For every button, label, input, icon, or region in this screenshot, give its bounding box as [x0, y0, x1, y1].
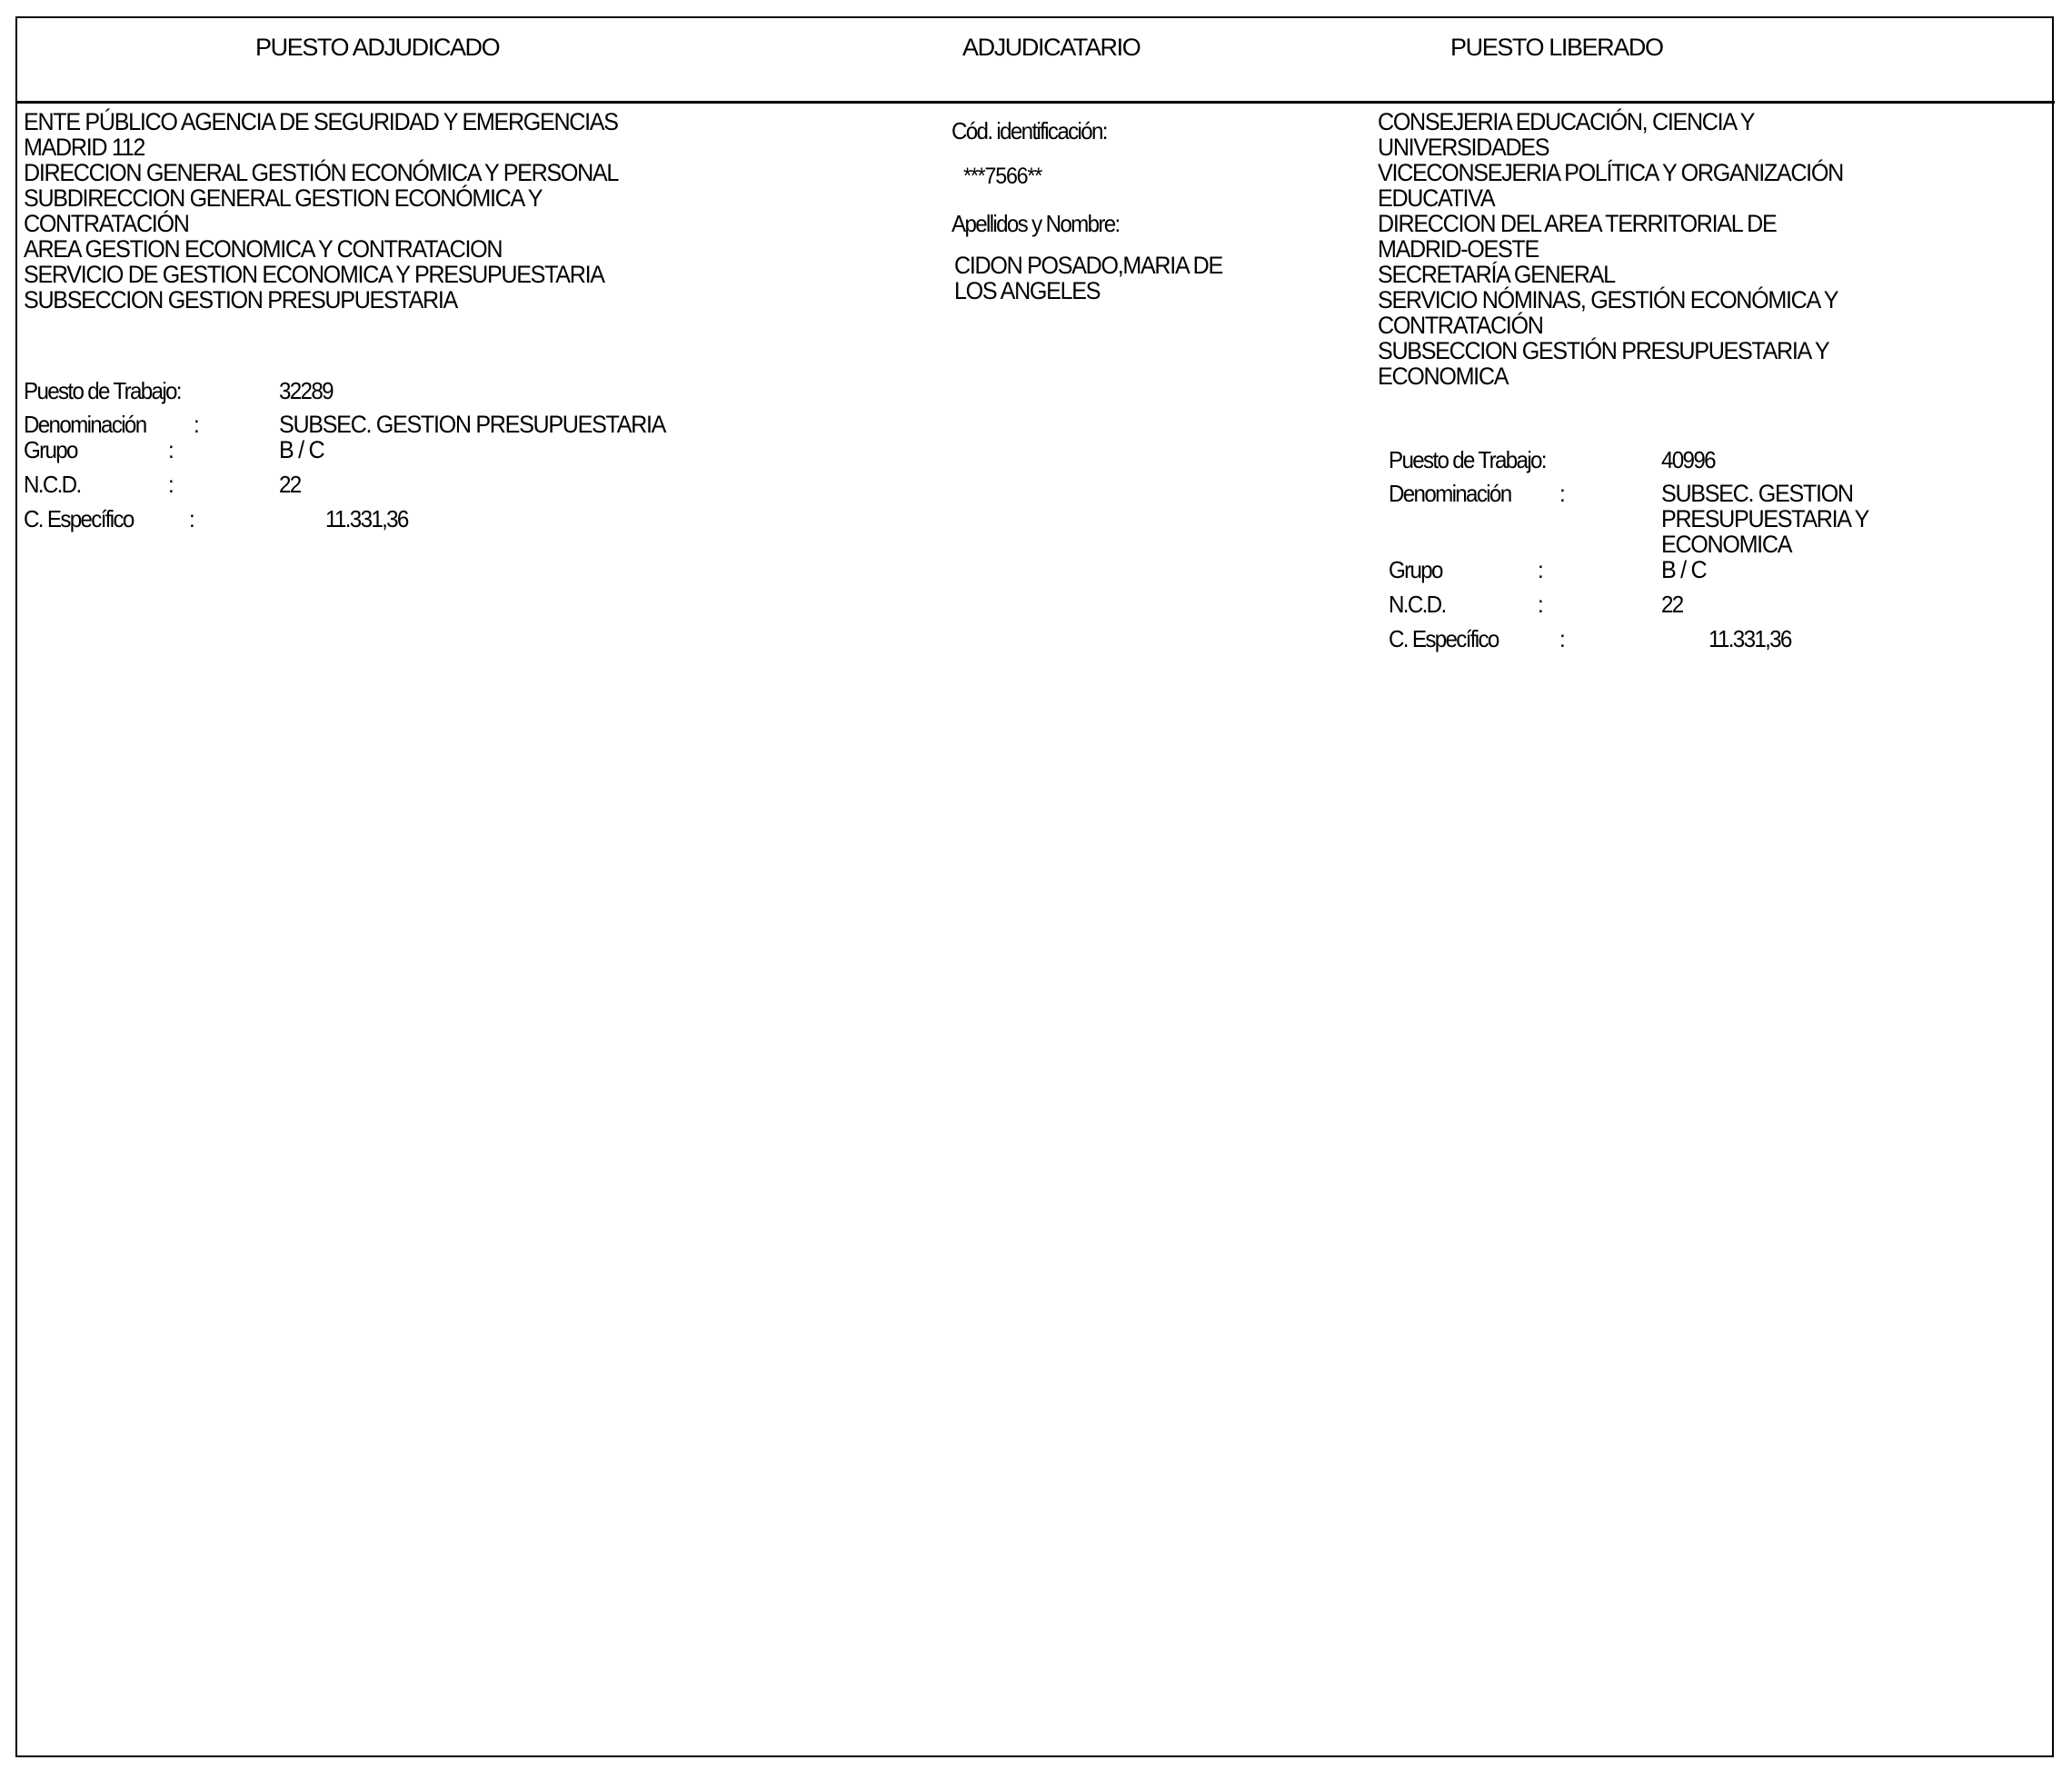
- lib-ncd-value: 22: [1661, 592, 1683, 617]
- org-line: DIRECCION DEL AREA TERRITORIAL DE: [1378, 211, 1843, 236]
- cod-identificacion-label: Cód. identificación:: [951, 118, 1107, 144]
- nombre-line: LOS ANGELES: [954, 278, 1222, 303]
- nombre-label: Apellidos y Nombre:: [951, 211, 1120, 236]
- lib-denominacion-value: SUBSEC. GESTION PRESUPUESTARIA Y ECONOMI…: [1661, 481, 1868, 557]
- nombre-value: CIDON POSADO,MARIA DE LOS ANGELES: [954, 253, 1222, 303]
- adj-denominacion-value: SUBSEC. GESTION PRESUPUESTARIA: [279, 412, 665, 437]
- lib-especifico-label: C. Específico: [1389, 626, 1499, 651]
- lib-puesto-value: 40996: [1661, 447, 1715, 472]
- header-puesto-adjudicado: PUESTO ADJUDICADO: [255, 35, 499, 60]
- cod-identificacion-value: ***7566**: [963, 164, 1041, 189]
- header-puesto-liberado: PUESTO LIBERADO: [1450, 35, 1663, 60]
- puesto-liberado-organization: CONSEJERIA EDUCACIÓN, CIENCIA Y UNIVERSI…: [1378, 109, 1843, 389]
- puesto-adjudicado-organization: ENTE PÚBLICO AGENCIA DE SEGURIDAD Y EMER…: [24, 109, 618, 313]
- lib-denominacion-colon: :: [1559, 481, 1564, 506]
- org-line: SUBSECCION GESTIÓN PRESUPUESTARIA Y: [1378, 338, 1843, 363]
- lib-denominacion-label: Denominación: [1389, 481, 1510, 506]
- org-line: VICECONSEJERIA POLÍTICA Y ORGANIZACIÓN: [1378, 160, 1843, 185]
- adj-grupo-colon: :: [168, 437, 173, 462]
- nombre-line: CIDON POSADO,MARIA DE: [954, 253, 1222, 278]
- header-divider: [15, 101, 2055, 104]
- org-line: ENTE PÚBLICO AGENCIA DE SEGURIDAD Y EMER…: [24, 109, 618, 134]
- lib-especifico-value: 11.331,36: [1708, 626, 1791, 651]
- org-line: ECONOMICA: [1378, 363, 1843, 389]
- org-line: SUBSECCION GESTION PRESUPUESTARIA: [24, 287, 618, 313]
- adj-especifico-value: 11.331,36: [325, 506, 408, 532]
- org-line: EDUCATIVA: [1378, 185, 1843, 211]
- adj-grupo-label: Grupo: [24, 437, 77, 462]
- lib-grupo-colon: :: [1538, 557, 1542, 582]
- org-line: AREA GESTION ECONOMICA Y CONTRATACION: [24, 236, 618, 262]
- org-line: DIRECCION GENERAL GESTIÓN ECONÓMICA Y PE…: [24, 160, 618, 185]
- lib-grupo-label: Grupo: [1389, 557, 1442, 582]
- org-line: SUBDIRECCION GENERAL GESTION ECONÓMICA Y: [24, 185, 618, 211]
- org-line: CONTRATACIÓN: [1378, 313, 1843, 338]
- adj-denominacion-colon: :: [194, 412, 198, 437]
- org-line: SECRETARÍA GENERAL: [1378, 262, 1843, 287]
- org-line: MADRID-OESTE: [1378, 236, 1843, 262]
- adj-denominacion-label: Denominación: [24, 412, 145, 437]
- lib-puesto-label: Puesto de Trabajo:: [1389, 447, 1546, 472]
- lib-ncd-colon: :: [1538, 592, 1542, 617]
- lib-grupo-value: B / C: [1661, 557, 1706, 582]
- adj-ncd-label: N.C.D.: [24, 472, 80, 497]
- org-line: UNIVERSIDADES: [1378, 134, 1843, 160]
- header-adjudicatario: ADJUDICATARIO: [962, 35, 1140, 60]
- denominacion-line: PRESUPUESTARIA Y: [1661, 506, 1868, 532]
- adj-grupo-value: B / C: [279, 437, 324, 462]
- org-line: MADRID 112: [24, 134, 618, 160]
- lib-ncd-label: N.C.D.: [1389, 592, 1445, 617]
- adj-especifico-label: C. Específico: [24, 506, 134, 532]
- adj-puesto-value: 32289: [279, 378, 333, 403]
- denominacion-line: ECONOMICA: [1661, 532, 1868, 557]
- org-line: CONTRATACIÓN: [24, 211, 618, 236]
- denominacion-line: SUBSEC. GESTION: [1661, 481, 1868, 506]
- org-line: SERVICIO DE GESTION ECONOMICA Y PRESUPUE…: [24, 262, 618, 287]
- adj-ncd-value: 22: [279, 472, 301, 497]
- adj-puesto-label: Puesto de Trabajo:: [24, 378, 181, 403]
- org-line: SERVICIO NÓMINAS, GESTIÓN ECONÓMICA Y: [1378, 287, 1843, 313]
- adj-ncd-colon: :: [168, 472, 173, 497]
- adj-especifico-colon: :: [189, 506, 194, 532]
- lib-especifico-colon: :: [1559, 626, 1564, 651]
- org-line: CONSEJERIA EDUCACIÓN, CIENCIA Y: [1378, 109, 1843, 134]
